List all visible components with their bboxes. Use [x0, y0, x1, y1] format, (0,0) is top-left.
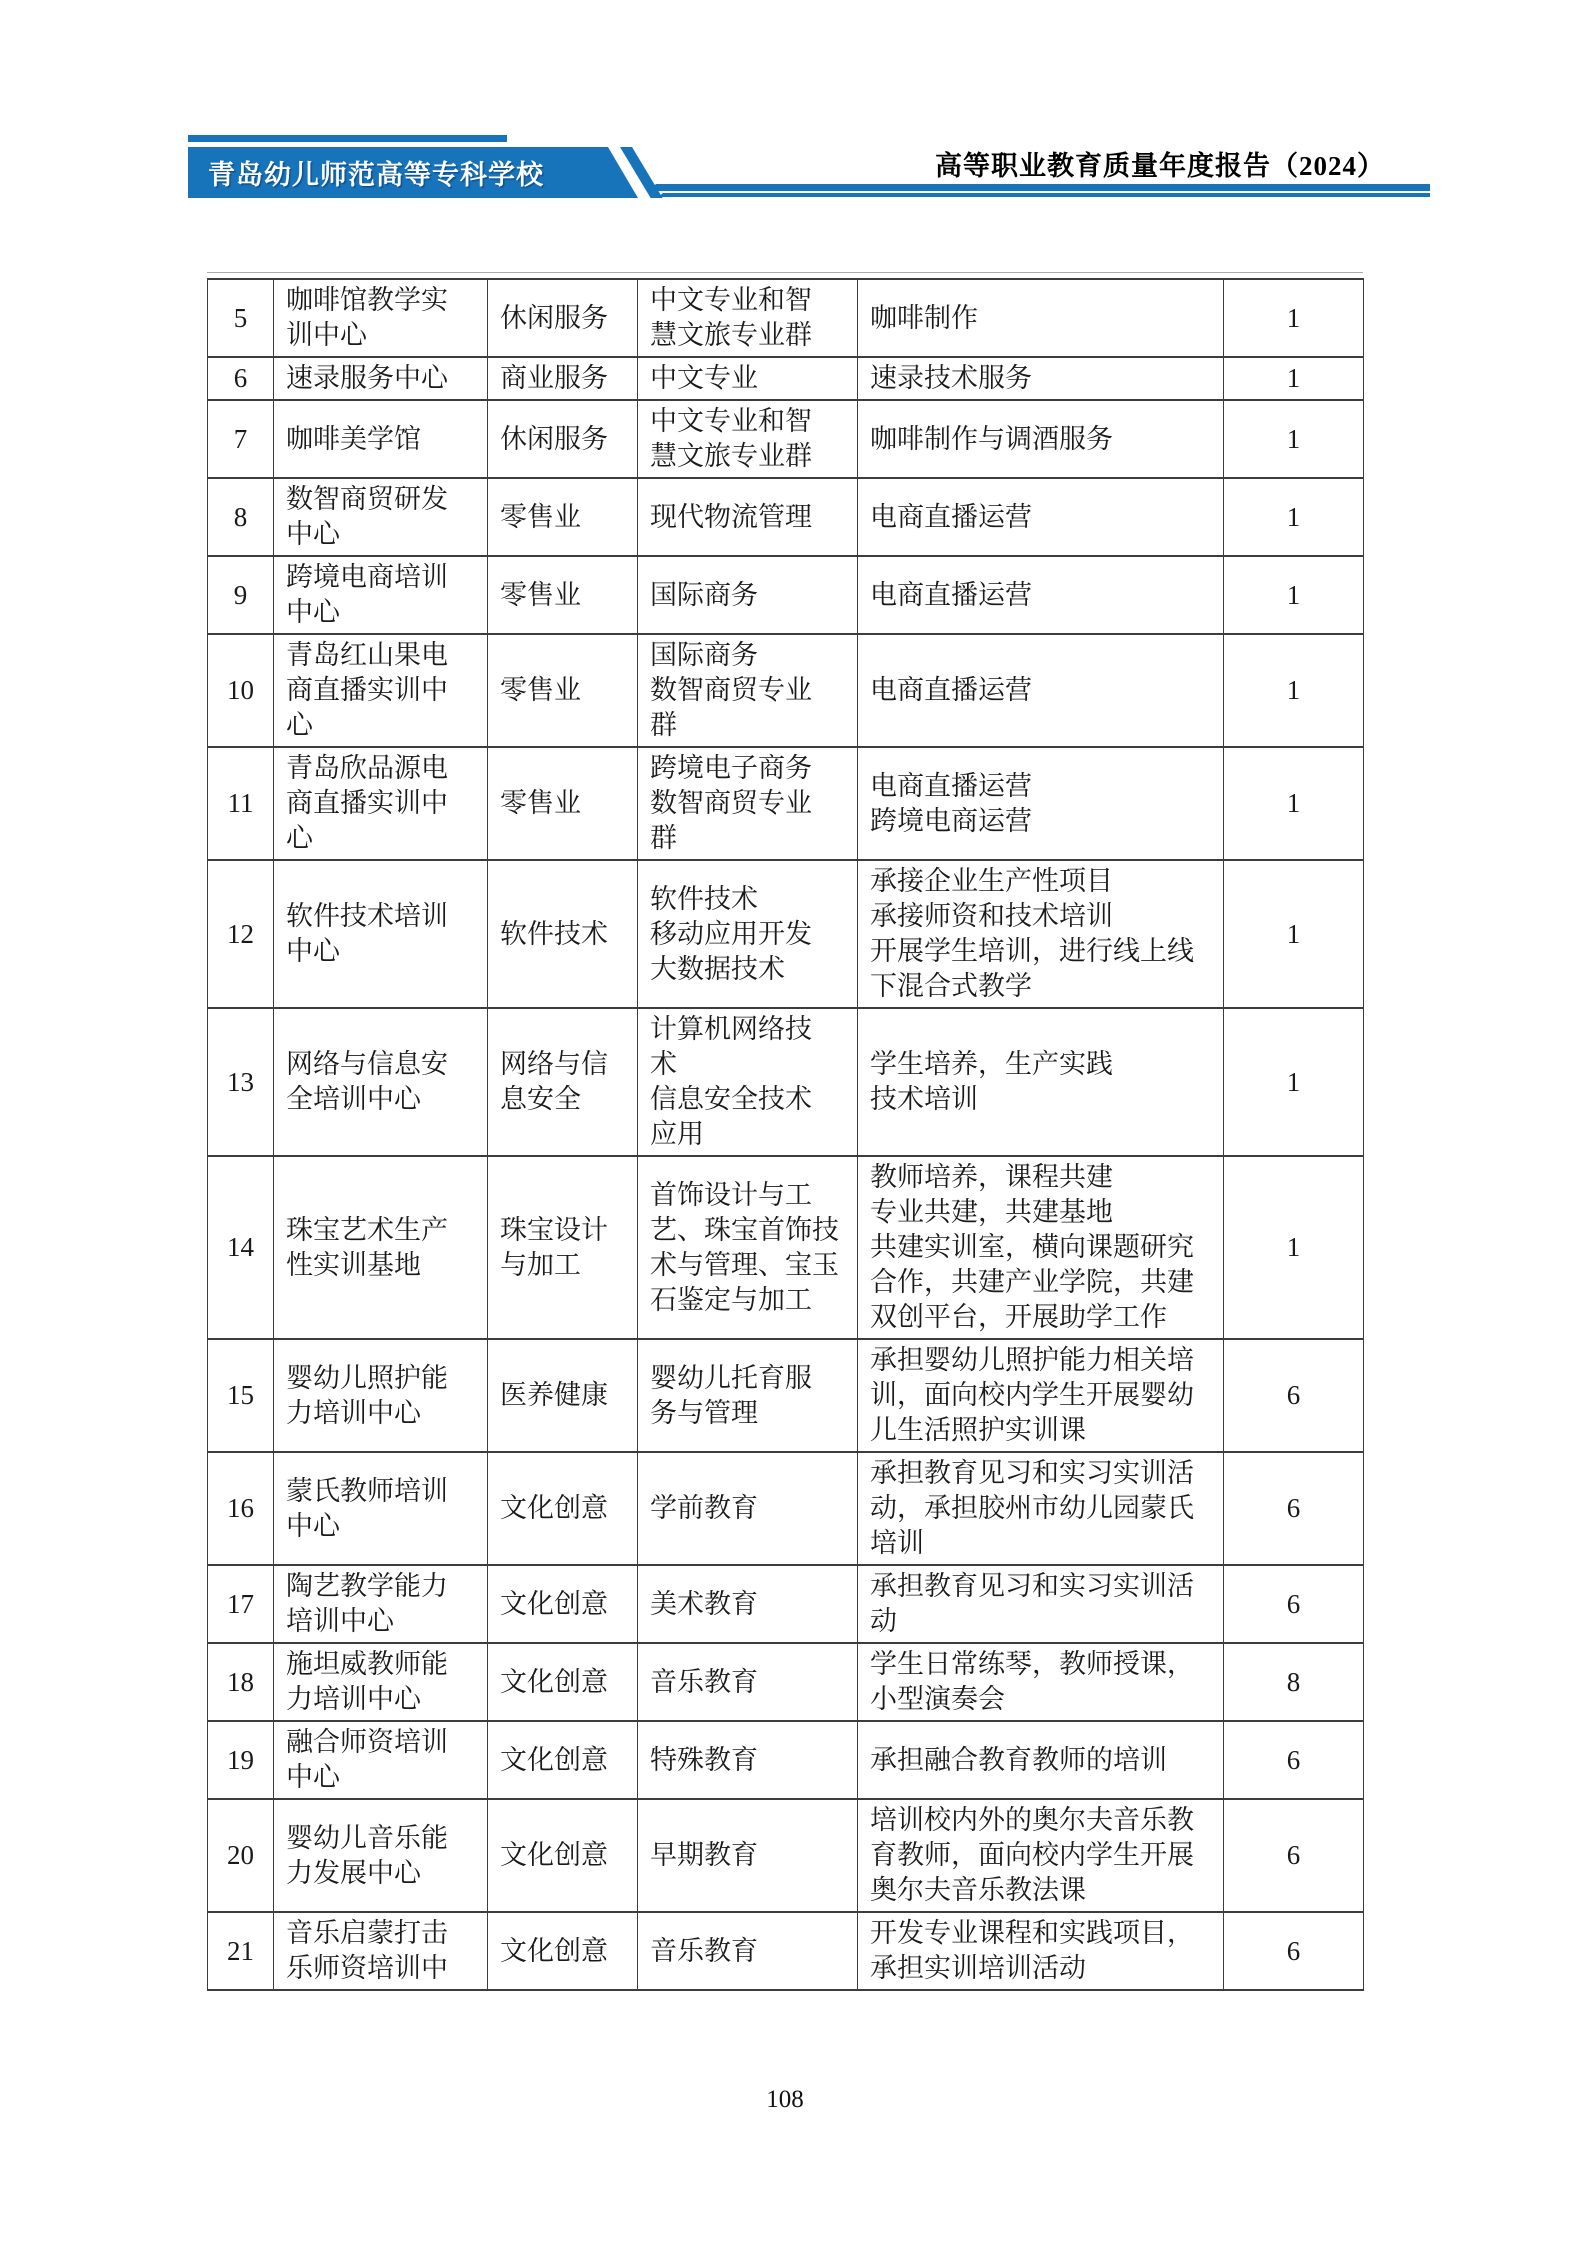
majors-cell: 婴幼儿托育服 务与管理	[638, 1339, 858, 1452]
majors-cell: 音乐教育	[638, 1912, 858, 1990]
row-number-cell: 11	[208, 747, 274, 860]
center-name-cell: 数智商贸研发 中心	[274, 478, 488, 556]
header-thin-bar	[188, 135, 507, 142]
table-row: 19融合师资培训 中心文化创意特殊教育承担融合教育教师的培训6	[208, 1721, 1364, 1799]
services-cell: 咖啡制作	[858, 279, 1224, 357]
count-cell: 6	[1224, 1721, 1364, 1799]
center-name-cell: 音乐启蒙打击 乐师资培训中	[274, 1912, 488, 1990]
row-number-cell: 21	[208, 1912, 274, 1990]
majors-cell: 学前教育	[638, 1452, 858, 1565]
majors-cell: 国际商务	[638, 556, 858, 634]
count-cell: 6	[1224, 1799, 1364, 1912]
table-row: 12软件技术培训 中心软件技术软件技术 移动应用开发 大数据技术承接企业生产性项…	[208, 860, 1364, 1008]
majors-cell: 中文专业和智 慧文旅专业群	[638, 400, 858, 478]
table-row: 9跨境电商培训 中心零售业国际商务电商直播运营1	[208, 556, 1364, 634]
row-number-cell: 20	[208, 1799, 274, 1912]
row-number-cell: 19	[208, 1721, 274, 1799]
majors-cell: 音乐教育	[638, 1643, 858, 1721]
center-name-cell: 婴幼儿音乐能 力发展中心	[274, 1799, 488, 1912]
table-top-faint-line	[207, 272, 1363, 273]
industry-cell: 文化创意	[488, 1452, 638, 1565]
industry-cell: 珠宝设计 与加工	[488, 1156, 638, 1339]
header-rule-thick	[648, 184, 1430, 191]
table-row: 18施坦威教师能 力培训中心文化创意音乐教育学生日常练琴，教师授课， 小型演奏会…	[208, 1643, 1364, 1721]
table-row: 17陶艺教学能力 培训中心文化创意美术教育承担教育见习和实习实训活 动6	[208, 1565, 1364, 1643]
table-row: 11青岛欣品源电 商直播实训中 心零售业跨境电子商务 数智商贸专业 群电商直播运…	[208, 747, 1364, 860]
row-number-cell: 14	[208, 1156, 274, 1339]
center-name-cell: 速录服务中心	[274, 357, 488, 400]
majors-cell: 跨境电子商务 数智商贸专业 群	[638, 747, 858, 860]
industry-cell: 零售业	[488, 634, 638, 747]
services-cell: 培训校内外的奥尔夫音乐教 育教师，面向校内学生开展 奥尔夫音乐教法课	[858, 1799, 1224, 1912]
center-name-cell: 咖啡馆教学实 训中心	[274, 279, 488, 357]
count-cell: 1	[1224, 1008, 1364, 1156]
industry-cell: 零售业	[488, 747, 638, 860]
services-cell: 电商直播运营	[858, 634, 1224, 747]
center-name-cell: 跨境电商培训 中心	[274, 556, 488, 634]
count-cell: 1	[1224, 556, 1364, 634]
count-cell: 6	[1224, 1339, 1364, 1452]
industry-cell: 文化创意	[488, 1565, 638, 1643]
training-centers-table: 5咖啡馆教学实 训中心休闲服务中文专业和智 慧文旅专业群咖啡制作16速录服务中心…	[207, 278, 1364, 1991]
table-row: 16蒙氏教师培训 中心文化创意学前教育承担教育见习和实习实训活 动，承担胶州市幼…	[208, 1452, 1364, 1565]
industry-cell: 休闲服务	[488, 400, 638, 478]
table-row: 10青岛红山果电 商直播实训中 心零售业国际商务 数智商贸专业 群电商直播运营1	[208, 634, 1364, 747]
services-cell: 教师培养，课程共建 专业共建，共建基地 共建实训室，横向课题研究 合作，共建产业…	[858, 1156, 1224, 1339]
row-number-cell: 18	[208, 1643, 274, 1721]
count-cell: 1	[1224, 860, 1364, 1008]
count-cell: 6	[1224, 1565, 1364, 1643]
count-cell: 1	[1224, 478, 1364, 556]
center-name-cell: 融合师资培训 中心	[274, 1721, 488, 1799]
industry-cell: 文化创意	[488, 1799, 638, 1912]
count-cell: 1	[1224, 747, 1364, 860]
row-number-cell: 6	[208, 357, 274, 400]
industry-cell: 商业服务	[488, 357, 638, 400]
center-name-cell: 咖啡美学馆	[274, 400, 488, 478]
center-name-cell: 蒙氏教师培训 中心	[274, 1452, 488, 1565]
count-cell: 1	[1224, 634, 1364, 747]
center-name-cell: 婴幼儿照护能 力培训中心	[274, 1339, 488, 1452]
industry-cell: 文化创意	[488, 1643, 638, 1721]
table-row: 21音乐启蒙打击 乐师资培训中文化创意音乐教育开发专业课程和实践项目， 承担实训…	[208, 1912, 1364, 1990]
majors-cell: 中文专业	[638, 357, 858, 400]
row-number-cell: 7	[208, 400, 274, 478]
industry-cell: 零售业	[488, 556, 638, 634]
row-number-cell: 8	[208, 478, 274, 556]
majors-cell: 现代物流管理	[638, 478, 858, 556]
services-cell: 承担婴幼儿照护能力相关培 训，面向校内学生开展婴幼 儿生活照护实训课	[858, 1339, 1224, 1452]
center-name-cell: 珠宝艺术生产 性实训基地	[274, 1156, 488, 1339]
row-number-cell: 16	[208, 1452, 274, 1565]
row-number-cell: 13	[208, 1008, 274, 1156]
services-cell: 承担教育见习和实习实训活 动，承担胶州市幼儿园蒙氏 培训	[858, 1452, 1224, 1565]
majors-cell: 计算机网络技 术 信息安全技术 应用	[638, 1008, 858, 1156]
majors-cell: 早期教育	[638, 1799, 858, 1912]
services-cell: 承担教育见习和实习实训活 动	[858, 1565, 1224, 1643]
row-number-cell: 15	[208, 1339, 274, 1452]
services-cell: 电商直播运营	[858, 478, 1224, 556]
row-number-cell: 9	[208, 556, 274, 634]
row-number-cell: 10	[208, 634, 274, 747]
center-name-cell: 软件技术培训 中心	[274, 860, 488, 1008]
table-row: 15婴幼儿照护能 力培训中心医养健康婴幼儿托育服 务与管理承担婴幼儿照护能力相关…	[208, 1339, 1364, 1452]
services-cell: 学生日常练琴，教师授课， 小型演奏会	[858, 1643, 1224, 1721]
count-cell: 1	[1224, 1156, 1364, 1339]
center-name-cell: 青岛红山果电 商直播实训中 心	[274, 634, 488, 747]
table-row: 8数智商贸研发 中心零售业现代物流管理电商直播运营1	[208, 478, 1364, 556]
center-name-cell: 陶艺教学能力 培训中心	[274, 1565, 488, 1643]
industry-cell: 休闲服务	[488, 279, 638, 357]
row-number-cell: 17	[208, 1565, 274, 1643]
services-cell: 学生培养，生产实践 技术培训	[858, 1008, 1224, 1156]
majors-cell: 国际商务 数智商贸专业 群	[638, 634, 858, 747]
services-cell: 速录技术服务	[858, 357, 1224, 400]
school-name: 青岛幼儿师范高等专科学校	[208, 153, 544, 192]
count-cell: 1	[1224, 400, 1364, 478]
count-cell: 8	[1224, 1643, 1364, 1721]
table-row: 5咖啡馆教学实 训中心休闲服务中文专业和智 慧文旅专业群咖啡制作1	[208, 279, 1364, 357]
industry-cell: 网络与信 息安全	[488, 1008, 638, 1156]
industry-cell: 软件技术	[488, 860, 638, 1008]
count-cell: 1	[1224, 357, 1364, 400]
industry-cell: 文化创意	[488, 1912, 638, 1990]
row-number-cell: 5	[208, 279, 274, 357]
table-row: 14珠宝艺术生产 性实训基地珠宝设计 与加工首饰设计与工 艺、珠宝首饰技 术与管…	[208, 1156, 1364, 1339]
services-cell: 电商直播运营	[858, 556, 1224, 634]
majors-cell: 中文专业和智 慧文旅专业群	[638, 279, 858, 357]
center-name-cell: 施坦威教师能 力培训中心	[274, 1643, 488, 1721]
majors-cell: 美术教育	[638, 1565, 858, 1643]
center-name-cell: 青岛欣品源电 商直播实训中 心	[274, 747, 488, 860]
services-cell: 承担融合教育教师的培训	[858, 1721, 1224, 1799]
center-name-cell: 网络与信息安 全培训中心	[274, 1008, 488, 1156]
count-cell: 6	[1224, 1912, 1364, 1990]
services-cell: 电商直播运营 跨境电商运营	[858, 747, 1224, 860]
services-cell: 承接企业生产性项目 承接师资和技术培训 开展学生培训，进行线上线 下混合式教学	[858, 860, 1224, 1008]
row-number-cell: 12	[208, 860, 274, 1008]
table-row: 20婴幼儿音乐能 力发展中心文化创意早期教育培训校内外的奥尔夫音乐教 育教师，面…	[208, 1799, 1364, 1912]
table-row: 13网络与信息安 全培训中心网络与信 息安全计算机网络技 术 信息安全技术 应用…	[208, 1008, 1364, 1156]
industry-cell: 文化创意	[488, 1721, 638, 1799]
page-number: 108	[207, 2086, 1363, 2114]
header-rule-thin	[658, 193, 1430, 197]
count-cell: 6	[1224, 1452, 1364, 1565]
table-row: 7咖啡美学馆休闲服务中文专业和智 慧文旅专业群咖啡制作与调酒服务1	[208, 400, 1364, 478]
services-cell: 开发专业课程和实践项目， 承担实训培训活动	[858, 1912, 1224, 1990]
majors-cell: 软件技术 移动应用开发 大数据技术	[638, 860, 858, 1008]
header-banner: 青岛幼儿师范高等专科学校	[188, 147, 638, 198]
count-cell: 1	[1224, 279, 1364, 357]
industry-cell: 零售业	[488, 478, 638, 556]
industry-cell: 医养健康	[488, 1339, 638, 1452]
table-row: 6速录服务中心商业服务中文专业速录技术服务1	[208, 357, 1364, 400]
majors-cell: 特殊教育	[638, 1721, 858, 1799]
majors-cell: 首饰设计与工 艺、珠宝首饰技 术与管理、宝玉 石鉴定与加工	[638, 1156, 858, 1339]
services-cell: 咖啡制作与调酒服务	[858, 400, 1224, 478]
report-title: 高等职业教育质量年度报告（2024）	[935, 144, 1385, 183]
